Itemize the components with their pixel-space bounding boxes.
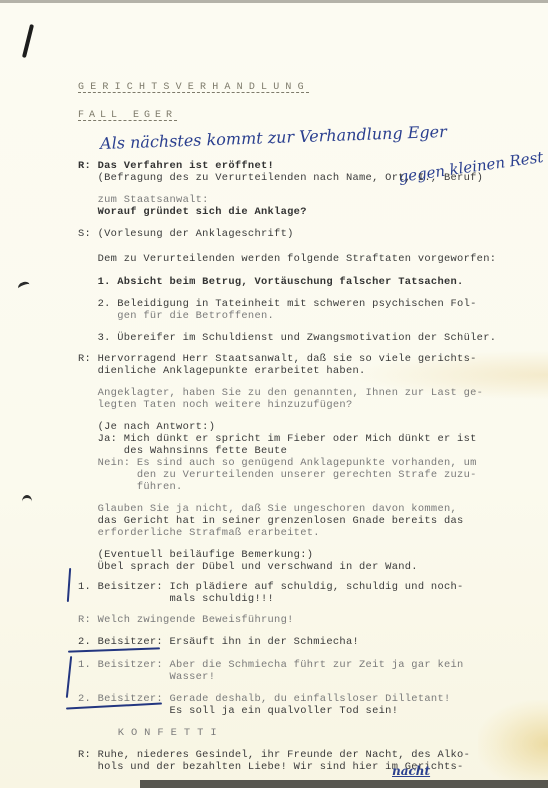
text-line: Wasser! — [78, 671, 215, 683]
text-line: Nein: Es sind auch so genügend Anklagepu… — [78, 457, 477, 469]
text-line: des Wahnsinns fette Beute — [78, 445, 287, 457]
text-line: den zu Verurteilenden unserer gerechten … — [78, 469, 477, 481]
text-line: (Befragung des zu Verurteilenden nach Na… — [78, 172, 483, 184]
text-line: 1. Beisitzer: Aber die Schmiecha führt z… — [78, 659, 464, 671]
text-line: Dem zu Verurteilenden werden folgende St… — [78, 253, 496, 265]
pen-mark-icon — [22, 24, 34, 58]
text-line: mals schuldig!!! — [78, 593, 274, 605]
document-subtitle: FALL EGER — [78, 110, 177, 121]
text-line: R: Ruhe, niederes Gesindel, ihr Freunde … — [78, 749, 470, 761]
text-line: Worauf gründet sich die Anklage? — [78, 206, 307, 218]
text-line: 1. Absicht beim Betrug, Vortäuschung fal… — [78, 276, 464, 288]
punch-hole-icon — [17, 280, 31, 293]
section-heading: KONFETTI — [78, 727, 224, 739]
text-line: Angeklagter, haben Sie zu den genannten,… — [78, 387, 483, 399]
ink-bracket — [67, 568, 71, 602]
punch-hole-icon — [22, 495, 32, 508]
text-line: Ja: Mich dünkt er spricht im Fieber oder… — [78, 433, 477, 445]
text-line: legten Taten noch weitere hinzuzufügen? — [78, 399, 353, 411]
text-line: R: Welch zwingende Beweisführung! — [78, 614, 294, 626]
typewritten-page: GERICHTSVERHANDLUNG FALL EGER Als nächst… — [0, 0, 548, 788]
text-line: dienliche Anklagepunkte erarbeitet haben… — [78, 365, 366, 377]
ink-underline — [68, 647, 160, 652]
text-line: Übel sprach der Dübel und verschwand in … — [78, 561, 418, 573]
text-line: R: Das Verfahren ist eröffnet! — [78, 160, 274, 172]
text-line: (Eventuell beiläufige Bemerkung:) — [78, 549, 313, 561]
text-line: erforderliche Strafmaß erarbeitet. — [78, 527, 320, 539]
text-line: S: (Vorlesung der Anklageschrift) — [78, 228, 294, 240]
text-line: 2. Beisitzer: Ersäuft ihn in der Schmiec… — [78, 636, 359, 648]
text-line: gen für die Betroffenen. — [78, 310, 274, 322]
document-title: GERICHTSVERHANDLUNG — [78, 82, 310, 93]
handwritten-correction: nacht — [392, 764, 430, 778]
text-line: 1. Beisitzer: Ich plädiere auf schuldig,… — [78, 581, 464, 593]
text-line: 2. Beleidigung in Tateinheit mit schwere… — [78, 298, 477, 310]
scan-edge — [0, 0, 548, 3]
text-line: das Gericht hat in seiner grenzenlosen G… — [78, 515, 464, 527]
text-line: 3. Übereifer im Schuldienst und Zwangsmo… — [78, 332, 496, 344]
text-line: R: Hervorragend Herr Staatsanwalt, daß s… — [78, 353, 477, 365]
text-line: zum Staatsanwalt: — [78, 194, 209, 206]
text-line: führen. — [78, 481, 183, 493]
paper-stain — [478, 700, 548, 788]
handwritten-note: Als nächstes kommt zur Verhandlung Eger — [100, 122, 447, 153]
text-line: (Je nach Antwort:) — [78, 421, 215, 433]
text-line: Glauben Sie ja nicht, daß Sie ungeschore… — [78, 503, 457, 515]
ink-bracket — [66, 656, 72, 698]
text-line: Es soll ja ein qualvoller Tod sein! — [78, 705, 398, 717]
scan-edge — [140, 780, 548, 788]
